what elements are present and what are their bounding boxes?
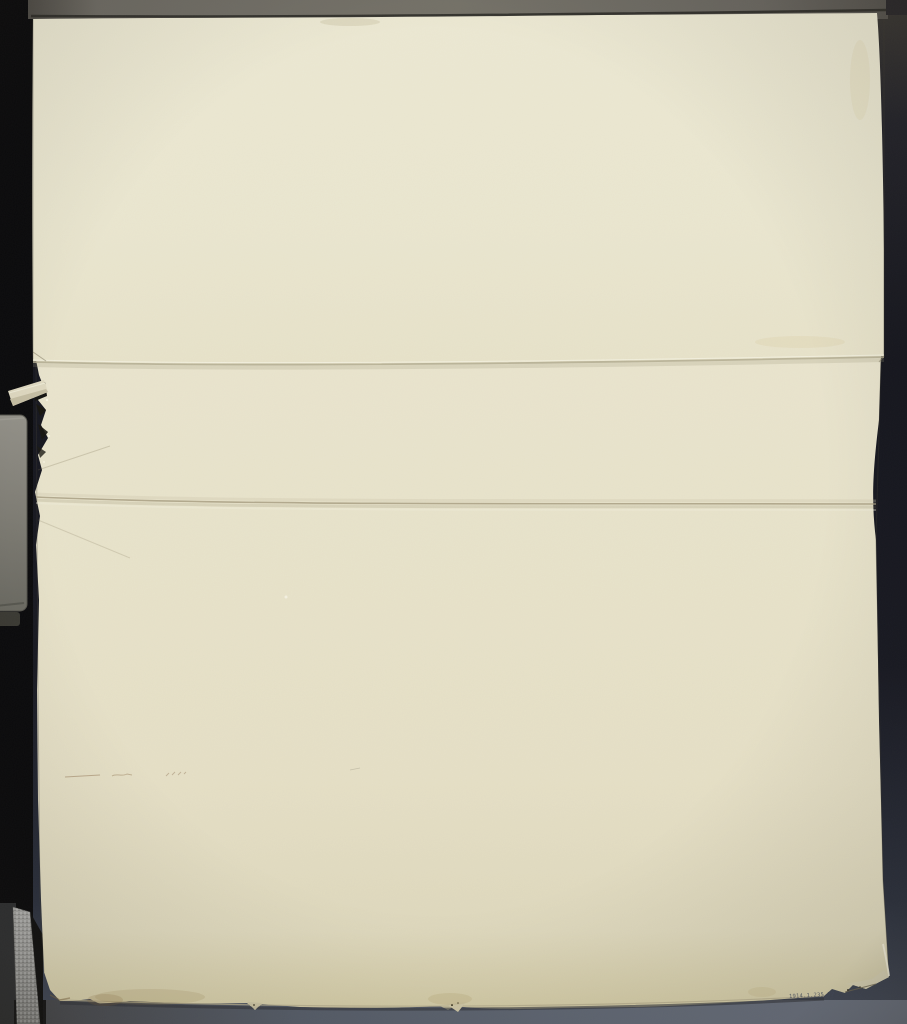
vignette-overlay <box>0 0 907 1024</box>
archival-photo-stage: 1914.1.235.77 <box>0 0 907 1024</box>
photo-scene: 1914.1.235.77 <box>0 0 907 1024</box>
